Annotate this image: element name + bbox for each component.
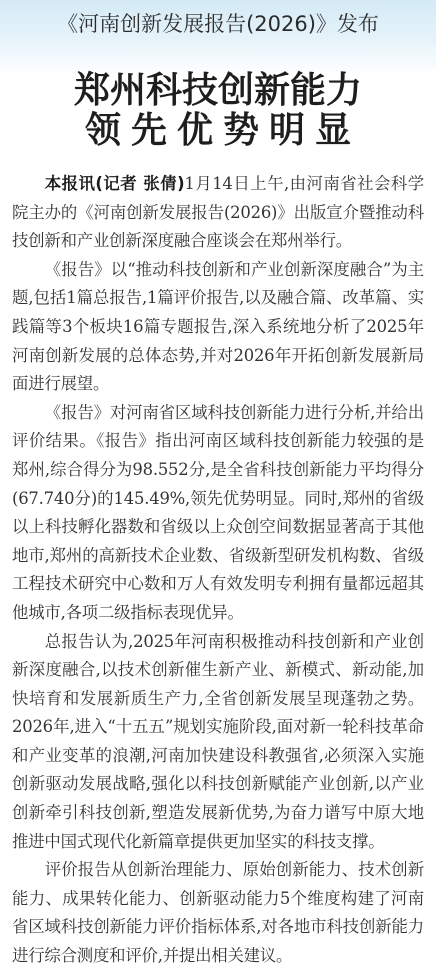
paragraph-4: 总报告认为,2025年河南积极推动科技创新和产业创新深度融合,以技术创新催生新产… bbox=[12, 628, 424, 855]
article-body: 本报讯(记者 张倩)1月14日上午,由河南省社会科学院主办的《河南创新发展报告(… bbox=[12, 170, 424, 854]
paragraph-3: 《报告》对河南省区域科技创新能力进行分析,并给出评价结果。《报告》指出河南区域科… bbox=[12, 399, 424, 628]
paragraph-2: 《报告》以“推动科技创新和产业创新深度融合”为主题,包括1篇总报告,1篇评价报告… bbox=[12, 256, 424, 399]
byline-lead: 本报讯(记者 张倩) bbox=[45, 174, 185, 193]
kicker-title: 《河南创新发展报告(2026)》发布 bbox=[0, 8, 436, 38]
paragraph-1: 本报讯(记者 张倩)1月14日上午,由河南省社会科学院主办的《河南创新发展报告(… bbox=[12, 170, 424, 256]
headline-line-2: 领先优势明显 bbox=[0, 102, 436, 153]
article-header: 《河南创新发展报告(2026)》发布 郑州科技创新能力 领先优势明显 bbox=[0, 0, 436, 148]
